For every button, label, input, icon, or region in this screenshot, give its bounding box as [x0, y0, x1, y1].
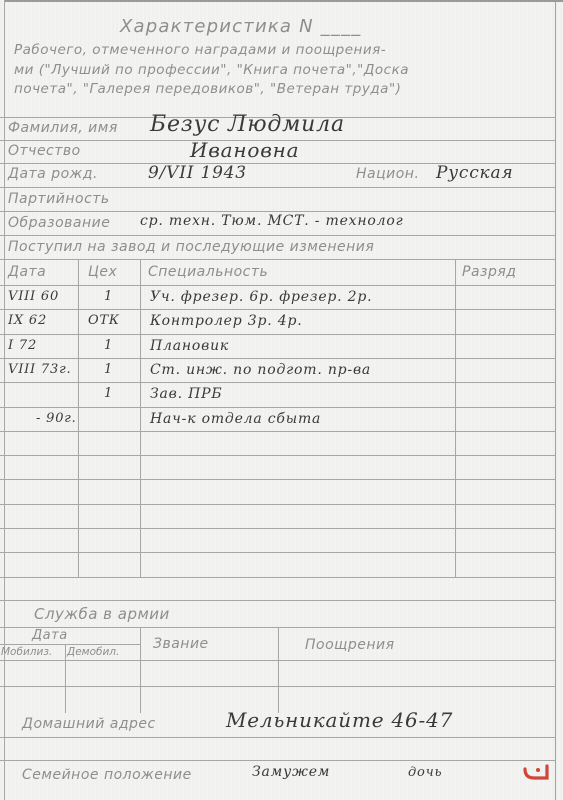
surname-name-label: Фамилия, имя: [8, 120, 118, 136]
nationality-label: Национ.: [356, 166, 419, 182]
cell-specialty: Контролер 3р. 4р.: [150, 313, 302, 329]
marital-status-value: Замужем: [252, 764, 330, 780]
cell-specialty: Уч. фрезер. 6р. фрезер. 2р.: [150, 289, 372, 305]
table-row-line: [0, 455, 556, 456]
document-sheet: Характеристика N ____ Рабочего, отмеченн…: [0, 0, 563, 800]
education-label: Образование: [8, 215, 110, 231]
right-border: [555, 0, 556, 800]
cell-shop: ОТК: [88, 313, 120, 328]
column-header: Мобилиз.: [1, 646, 52, 658]
subtitle-line-3: почета", "Галерея передовиков", "Ветеран…: [14, 81, 401, 97]
marital-status-extra: дочь: [408, 765, 442, 780]
nationality-value: Русская: [436, 163, 514, 183]
column-header: Специальность: [148, 264, 268, 280]
divider: [0, 259, 556, 260]
table-row-line: [0, 686, 556, 687]
birth-date-label: Дата рожд.: [8, 166, 98, 182]
left-border: [4, 0, 5, 800]
home-address-label: Домашний адрес: [22, 716, 156, 732]
divider: [0, 660, 556, 661]
table-row-line: [0, 309, 556, 310]
form-subtitle: Рабочего, отмеченного наградами и поощре…: [14, 41, 409, 100]
column-header: Звание: [153, 636, 209, 652]
table-row-line: [0, 479, 556, 480]
divider: [0, 644, 140, 645]
cell-date: - 90г.: [36, 411, 77, 426]
subtitle-line-1: Рабочего, отмеченного наградами и поощре…: [14, 42, 386, 58]
cell-specialty: Плановик: [150, 338, 229, 354]
patronymic-label: Отчество: [8, 143, 81, 159]
column-divider: [278, 627, 279, 713]
cell-specialty: Ст. инж. по подгот. пр-ва: [150, 362, 371, 378]
table-row-line: [0, 382, 556, 383]
cell-shop: 1: [104, 386, 113, 401]
watermark-logo-icon: [522, 763, 550, 781]
marital-status-label: Семейное положение: [22, 767, 192, 783]
table-row-line: [0, 358, 556, 359]
table-row-line: [0, 552, 556, 553]
army-section-title: Служба в армии: [34, 605, 170, 623]
cell-date: VIII 60: [8, 289, 59, 304]
column-divider: [140, 627, 141, 713]
cell-shop: 1: [104, 338, 113, 353]
cell-date: IX 62: [8, 313, 47, 328]
cell-shop: 1: [104, 362, 113, 377]
party-label: Партийность: [8, 191, 110, 207]
top-border: [4, 0, 563, 2]
divider: [0, 600, 556, 601]
employment-section-title: Поступил на завод и последующие изменени…: [8, 239, 374, 255]
divider: [0, 187, 556, 188]
table-row-line: [0, 431, 556, 432]
table-row-line: [0, 577, 556, 578]
table-row-line: [0, 407, 556, 408]
subtitle-line-2: ми ("Лучший по профессии", "Книга почета…: [14, 62, 409, 78]
divider: [0, 285, 556, 286]
divider: [0, 235, 556, 236]
column-header: Дата: [8, 264, 46, 280]
column-divider: [65, 644, 66, 713]
birth-date-value: 9/VII 1943: [148, 163, 247, 183]
divider: [0, 760, 556, 761]
home-address-value: Мельникайте 46-47: [226, 708, 453, 732]
cell-specialty: Зав. ПРБ: [150, 386, 222, 402]
cell-specialty: Нач-к отдела сбыта: [150, 411, 321, 427]
column-header: Поощрения: [305, 637, 395, 653]
column-header: Цех: [88, 264, 117, 280]
education-value: ср. техн. Тюм. МСТ. - технолог: [140, 213, 403, 229]
cell-date: VIII 73г.: [8, 362, 71, 377]
divider: [0, 211, 556, 212]
table-row-line: [0, 504, 556, 505]
army-date-header: Дата: [32, 628, 68, 643]
cell-date: I 72: [8, 338, 37, 353]
cell-shop: 1: [104, 289, 113, 304]
patronymic-value: Ивановна: [190, 138, 299, 162]
table-row-line: [0, 334, 556, 335]
table-row-line: [0, 528, 556, 529]
surname-name-value: Безус Людмила: [150, 112, 345, 137]
divider: [0, 737, 556, 738]
column-header: Демобил.: [67, 646, 119, 658]
form-title: Характеристика N ____: [120, 16, 361, 37]
column-header: Разряд: [462, 264, 516, 280]
